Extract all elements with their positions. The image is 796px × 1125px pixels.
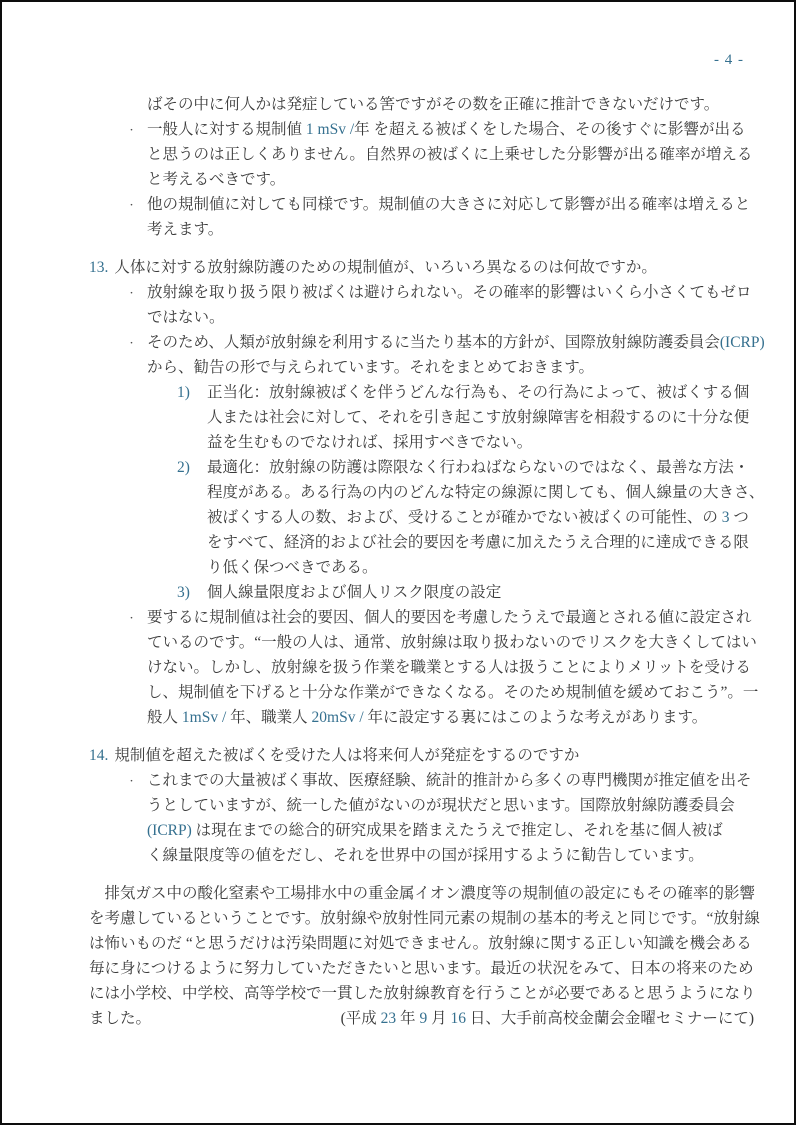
text-line: 排気ガス中の酸化窒素や工場排水中の重金属イオン濃度等の規制値の設定にもその確率的… bbox=[89, 881, 754, 906]
latin-text: 20mSv / bbox=[312, 709, 368, 726]
latin-text: 23 bbox=[381, 1010, 400, 1027]
text-line: ではない。 bbox=[89, 305, 754, 330]
latin-text: 1) bbox=[177, 384, 190, 401]
text-line: を考慮しているということです。放射線や放射性同元素の規制の基本的考えと同じです。… bbox=[89, 906, 754, 931]
text-line: 益を生むものでなければ、採用すべきでない。 bbox=[89, 430, 754, 455]
line-prefix: 14. bbox=[89, 747, 108, 764]
text-line: をすべて、経済的および社会的要因を考慮に加えたうえ合理的に達成できる限 bbox=[89, 530, 754, 555]
block-question-13: 13.人体に対する放射線防護のための規制値が、いろいろ異なるのは何故ですか。・放… bbox=[89, 255, 754, 730]
text-line: ・他の規制値に対しても同様です。規制値の大きさに対応して影響が出る確率は増えると bbox=[89, 192, 754, 217]
text-line: 考えます。 bbox=[89, 217, 754, 242]
latin-text: 9 bbox=[419, 1010, 431, 1027]
block-intro: ばその中に何人かは発症している筈ですがその数を正確に推計できないだけです。・一般… bbox=[89, 92, 754, 242]
latin-text: 3) bbox=[177, 584, 190, 601]
text-line: と考えるべきです。 bbox=[89, 167, 754, 192]
latin-text: 16 bbox=[450, 1010, 469, 1027]
line-prefix: 13. bbox=[89, 259, 108, 276]
bullet-icon: ・ bbox=[127, 193, 147, 218]
text-line: ・そのため、人類が放射線を利用するに当たり基本的方針が、国際放射線防護委員会(I… bbox=[89, 330, 754, 355]
line-prefix: 1) bbox=[177, 380, 207, 405]
bullet-icon: ・ bbox=[127, 769, 147, 794]
latin-text: (ICRP) bbox=[147, 822, 196, 839]
closing-text: ました。 bbox=[89, 1006, 151, 1031]
text-line: く線量限度等の値をだし、それを世界中の国が採用するように勧告しています。 bbox=[89, 843, 754, 868]
bullet-icon: ・ bbox=[127, 606, 147, 631]
text-line: は怖いものだ “と思うだけは汚染問題に対処できません。放射線に関する正しい知識を… bbox=[89, 931, 754, 956]
text-line: 1)正当化：放射線被ばくを伴うどんな行為も、その行為によって、被ばくする個 bbox=[89, 380, 754, 405]
text-line: 14.規制値を超えた被ばくを受けた人は将来何人が発症をするのですか bbox=[89, 743, 754, 768]
text-line: には小学校、中学校、高等学校で一貫した放射線教育を行うことが必要であると思うよう… bbox=[89, 981, 754, 1006]
citation: (平成 23 年 9 月 16 日、大手前高校金蘭会金曜セミナーにて) bbox=[341, 1006, 754, 1031]
latin-text: 1 mSv / bbox=[306, 121, 354, 138]
text-line: ・放射線を取り扱う限り被ばくは避けられない。その確率的影響はいくら小さくてもゼロ bbox=[89, 280, 754, 305]
text-line: 3)個人線量限度および個人リスク限度の設定 bbox=[89, 580, 754, 605]
page-number: - 4 - bbox=[714, 52, 744, 69]
text-line: ・これまでの大量被ばく事故、医療経験、統計的推計から多くの専門機関が推定値を出そ bbox=[89, 768, 754, 793]
text-line: 2)最適化：放射線の防護は際限なく行わねばならないのではなく、最善な方法・ bbox=[89, 455, 754, 480]
text-line: ました。(平成 23 年 9 月 16 日、大手前高校金蘭会金曜セミナーにて) bbox=[89, 1006, 754, 1031]
bullet-icon: ・ bbox=[127, 331, 147, 356]
bullet-icon: ・ bbox=[127, 281, 147, 306]
text-line: (ICRP) は現在までの総合的研究成果を踏まえたうえで推定し、それを基に個人被… bbox=[89, 818, 754, 843]
text-line: し、規制値を下げると十分な作業ができなくなる。そのため規制値を緩めておこう”。一 bbox=[89, 680, 754, 705]
block-closing: 排気ガス中の酸化窒素や工場排水中の重金属イオン濃度等の規制値の設定にもその確率的… bbox=[89, 881, 754, 1031]
line-prefix: 2) bbox=[177, 455, 207, 480]
text-line: から、勧告の形で与えられています。それをまとめておきます。 bbox=[89, 355, 754, 380]
text-line: と思うのは正しくありません。自然界の被ばくに上乗せした分影響が出る確率が増える bbox=[89, 142, 754, 167]
text-line: ・一般人に対する規制値 1 mSv /年 を超える被ばくをした場合、その後すぐに… bbox=[89, 117, 754, 142]
text-line: 毎に身につけるように努力していただきたいと思います。最近の状況をみて、日本の将来… bbox=[89, 956, 754, 981]
text-line: うとしていますが、統一した値がないのが現状だと思います。国際放射線防護委員会 bbox=[89, 793, 754, 818]
latin-text: 13. bbox=[89, 259, 108, 276]
text-line: ・要するに規制値は社会的要因、個人的要因を考慮したうえで最適とされる値に設定され bbox=[89, 605, 754, 630]
bullet-icon: ・ bbox=[127, 118, 147, 143]
text-line: 被ばくする人の数、および、受けることが確かでない被ばくの可能性、の 3 つ bbox=[89, 505, 754, 530]
latin-text: 14. bbox=[89, 747, 108, 764]
line-prefix: 3) bbox=[177, 580, 207, 605]
latin-text: 2) bbox=[177, 459, 190, 476]
text-line: 般人 1mSv / 年、職業人 20mSv / 年に設定する裏にはこのような考え… bbox=[89, 705, 754, 730]
latin-text: 3 bbox=[722, 509, 734, 526]
text-line: 程度がある。ある行為の内のどんな特定の線源に関しても、個人線量の大きさ、 bbox=[89, 480, 754, 505]
text-line: り低く保つべきである。 bbox=[89, 555, 754, 580]
document-body: ばその中に何人かは発症している筈ですがその数を正確に推計できないだけです。・一般… bbox=[89, 92, 754, 1031]
text-line: けない。しかし、放射線を扱う作業を職業とする人は扱うことによりメリットを受ける bbox=[89, 655, 754, 680]
latin-text: (ICRP) bbox=[720, 334, 765, 351]
text-line: ばその中に何人かは発症している筈ですがその数を正確に推計できないだけです。 bbox=[89, 92, 754, 117]
document-page: - 4 - ばその中に何人かは発症している筈ですがその数を正確に推計できないだけ… bbox=[0, 0, 796, 1125]
block-question-14: 14.規制値を超えた被ばくを受けた人は将来何人が発症をするのですか・これまでの大… bbox=[89, 743, 754, 868]
text-line: ているのです。“一般の人は、通常、放射線は取り扱わないのでリスクを大きくしてはい bbox=[89, 630, 754, 655]
text-line: 人または社会に対して、それを引き起こす放射線障害を相殺するのに十分な便 bbox=[89, 405, 754, 430]
latin-text: 1mSv / bbox=[182, 709, 230, 726]
text-line: 13.人体に対する放射線防護のための規制値が、いろいろ異なるのは何故ですか。 bbox=[89, 255, 754, 280]
